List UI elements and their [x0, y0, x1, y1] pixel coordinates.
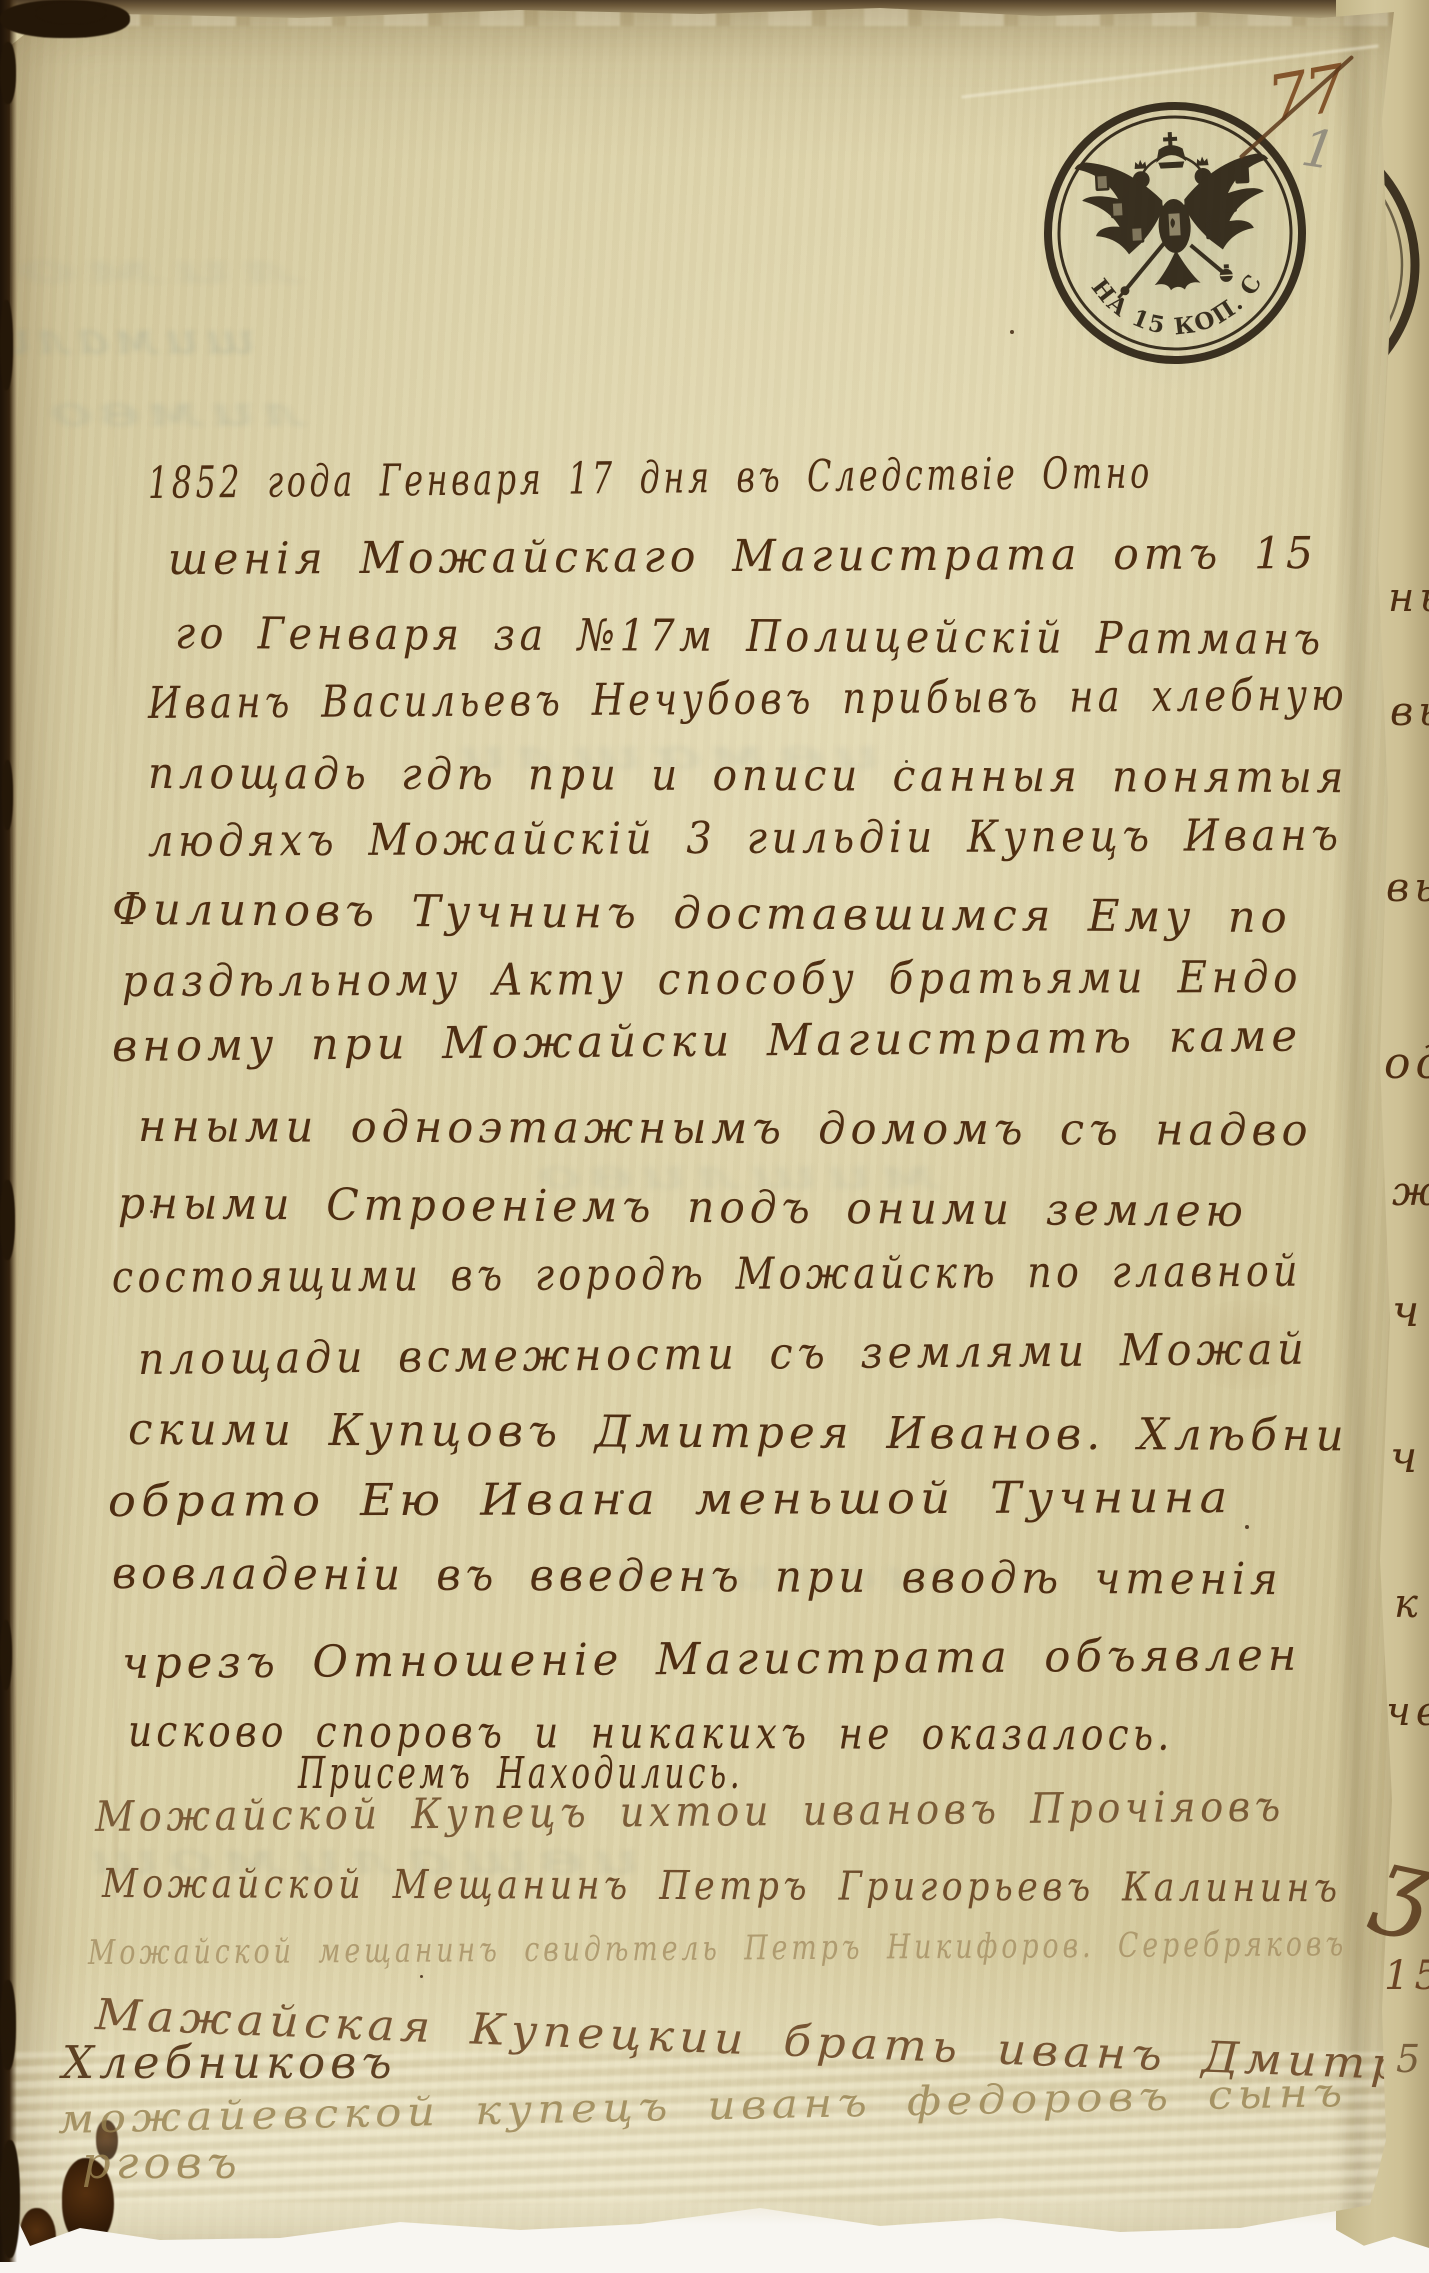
ink-speck: [905, 760, 908, 763]
right-edge-shadow: [1336, 0, 1370, 2273]
manuscript-line: рными Строеніемъ подъ оними землею: [118, 1182, 1248, 1234]
manuscript-line: 1852 года Генваря 17 дня въ Следствіе От…: [148, 451, 1153, 506]
manuscript-line: исково споровъ и никакихъ не оказалось.: [128, 1710, 1174, 1758]
ink-speck: [1010, 330, 1014, 334]
ink-speck: [420, 1975, 423, 1978]
signature-line: Можайской Купецъ ихтои ивановъ Прочіяовъ: [95, 1786, 1285, 1838]
manuscript-line: нными одноэтажнымъ домомъ съ надво: [138, 1105, 1313, 1153]
ink-bleedthrough: ившалимош: [80, 1838, 640, 1880]
manuscript-line: вному при Можайски Магистратѣ каме: [112, 1015, 1303, 1069]
manuscript-page: ЦѢНА 15 КОП. СЕР. 77 1 шималиво мишутвел…: [0, 0, 1429, 2273]
binding-knot: [0, 1180, 15, 1260]
ink-speck: [1245, 1525, 1249, 1529]
manuscript-line: чрезъ Отношеніе Магистрата объявлен: [122, 1634, 1302, 1686]
bottom-crinkle-band: [0, 2052, 1429, 2202]
document-scan: ЦѢНА 15 КОП. СЕР. 77 1 шималиво мишутвел…: [0, 0, 1429, 2273]
manuscript-line: обрато Ею Ивана меньшой Тучнина: [108, 1476, 1233, 1524]
ink-bleedthrough: шималиво мишутвелш: [0, 318, 255, 360]
binding-knot: [36, 2, 106, 24]
binding-knot: [0, 300, 13, 390]
manuscript-line: вовладеніи въ введенъ при вводѣ чтенія: [112, 1552, 1283, 1602]
wax-stain: [96, 2120, 118, 2160]
binding-knot: [0, 42, 16, 104]
binding-knot: [0, 1980, 16, 2070]
manuscript-line: состоящими въ городѣ Можайскѣ по главной: [112, 1250, 1302, 1300]
ink-bleedthrough: мишливо: [529, 1155, 940, 1195]
manuscript-line: Филиповъ Тучнинъ доставшимся Ему по: [112, 888, 1292, 940]
wax-stain: [62, 2158, 114, 2246]
torn-top-edge: [0, 6, 1429, 26]
ink-bleedthrough: ивмαшли: [449, 735, 880, 775]
signature-line: Можайской Мещанинъ Петръ Григорьевъ Кали…: [102, 1864, 1342, 1908]
binding-knot: [2, 760, 13, 830]
ink-bleedthrough: шаливми: [550, 1555, 950, 1595]
vertical-crease: [114, 250, 118, 2150]
binding-knot: [0, 2140, 20, 2258]
paper-blotch: [1180, 1300, 1310, 1390]
manuscript-line: Иванъ Васильевъ Нечубовъ прибывъ на хлеб…: [148, 674, 1348, 726]
manuscript-line: площади всмежности съ землями Можай: [138, 1328, 1309, 1382]
binding-knot: [0, 1620, 12, 1690]
wax-stain: [20, 2208, 56, 2264]
manuscript-line: площадь гдѣ при и описи санныя понятыя: [148, 752, 1348, 800]
ink-speck: [620, 1490, 624, 1494]
manuscript-line: скими Купцовъ Дмитрея Иванов. Хлѣбни: [128, 1408, 1349, 1458]
manuscript-line: Присемъ Находились.: [298, 1752, 743, 1796]
manuscript-line: шенія Можайскаго Магистрата отъ 15: [168, 532, 1318, 582]
signature-line: Можайской мещанинъ свидѣтель Петръ Никиф…: [88, 1927, 1347, 1970]
ink-bleedthrough: лимво шаливми: [0, 392, 305, 432]
ink-speck: [150, 1210, 153, 1213]
manuscript-line: людяхъ Можайскій 3 гильдіи Купецъ Иванъ: [148, 814, 1343, 864]
manuscript-line: раздѣльному Акту способу братьями Ендо: [122, 956, 1302, 1004]
manuscript-line: го Генваря за №17м Полицейскій Ратманъ: [175, 612, 1325, 662]
ink-bleedthrough: лимошав: [0, 250, 300, 288]
